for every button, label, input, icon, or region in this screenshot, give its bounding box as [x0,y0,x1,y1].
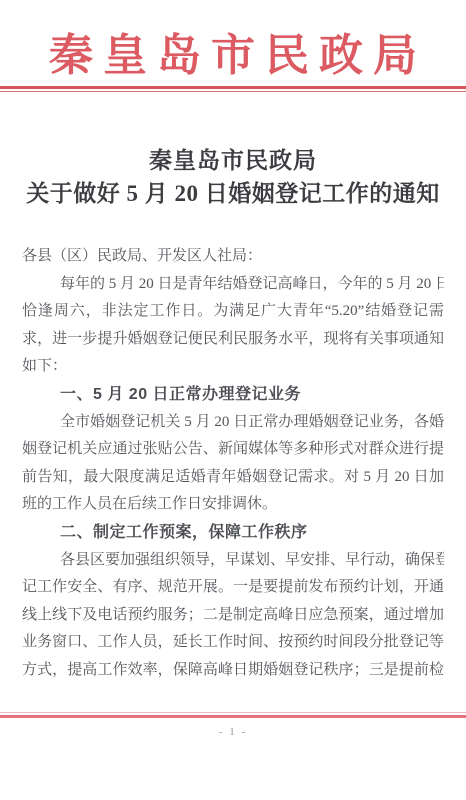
body-line: 班的工作人员在后续工作日安排调休。 [22,491,444,519]
letterhead-rule-thin [0,91,466,92]
section-heading: 一、5 月 20 日正常办理登记业务 [22,381,444,409]
page-number: - 1 - [0,726,466,738]
document-title: 秦皇岛市民政局 关于做好 5 月 20 日婚姻登记工作的通知 [0,144,466,210]
footer-rule [0,712,466,718]
document-page: 秦皇岛市民政局 秦皇岛市民政局 关于做好 5 月 20 日婚姻登记工作的通知 各… [0,0,466,800]
body-line: 求，进一步提升婚姻登记便民利民服务水平，现将有关事项通知 [22,326,444,354]
document-body: 各县（区）民政局、开发区人社局：每年的 5 月 20 日是青年结婚登记高峰日，今… [22,243,444,685]
body-line: 恰逢周六，非法定工作日。为满足广大青年“5.20”结婚登记需 [22,298,444,326]
document-title-line1: 秦皇岛市民政局 [0,144,466,177]
body-line: 线上线下及电话预约服务；二是制定高峰日应急预案，通过增加 [22,602,444,630]
body-line: 全市婚姻登记机关 5 月 20 日正常办理婚姻登记业务，各婚 [22,409,444,437]
body-line: 前告知，最大限度满足适婚青年婚姻登记需求。对 5 月 20 日加 [22,464,444,492]
footer-rule-red [0,715,466,718]
body-line: 每年的 5 月 20 日是青年结婚登记高峰日，今年的 5 月 20 日 [22,271,444,299]
body-line: 各县区要加强组织领导，早谋划、早安排、早行动，确保登 [22,547,444,575]
body-line: 业务窗口、工作人员，延长工作时间、按预约时间段分批登记等 [22,629,444,657]
letterhead-rule [0,86,466,92]
body-line: 姻登记机关应通过张贴公告、新闻媒体等多种形式对群众进行提 [22,436,444,464]
agency-letterhead-text: 秦皇岛市民政局 [0,30,466,82]
body-line: 如下： [22,353,444,381]
body-line: 记工作安全、有序、规范开展。一是要提前发布预约计划，开通 [22,574,444,602]
body-line: 各县（区）民政局、开发区人社局： [22,243,444,271]
body-line: 方式，提高工作效率，保障高峰日期婚姻登记秩序；三是提前检 [22,657,444,685]
document-title-line2: 关于做好 5 月 20 日婚姻登记工作的通知 [0,177,466,210]
section-heading: 二、制定工作预案，保障工作秩序 [22,519,444,547]
